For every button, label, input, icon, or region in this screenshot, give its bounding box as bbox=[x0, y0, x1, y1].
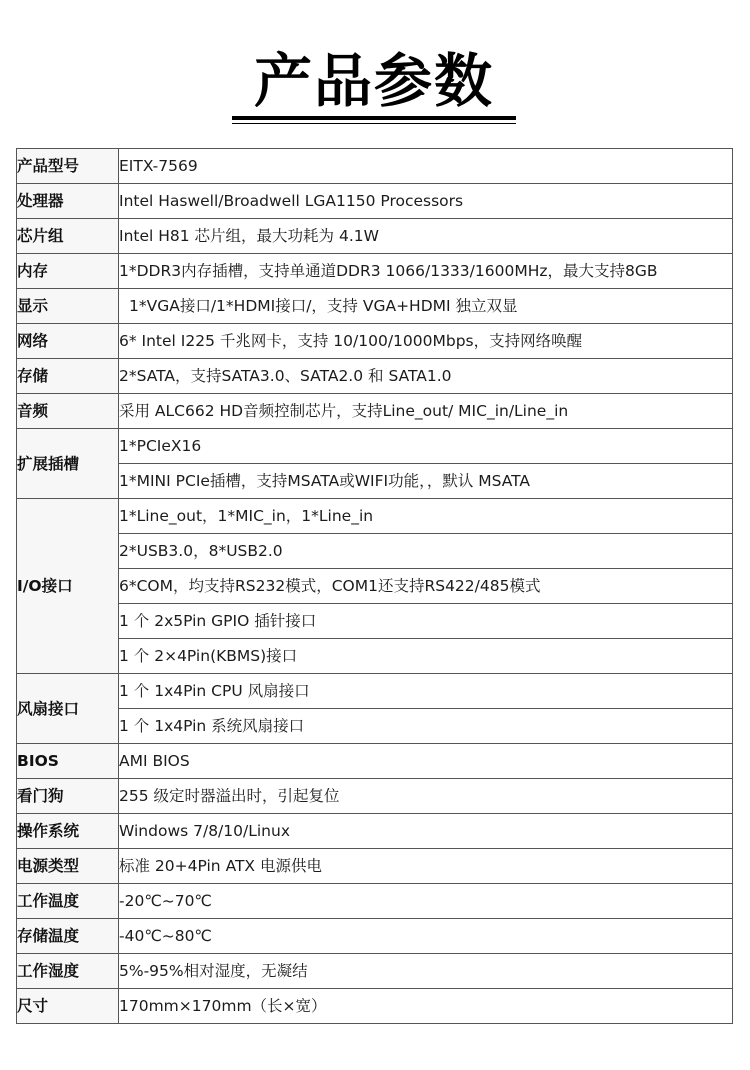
spec-label: 存储 bbox=[17, 359, 119, 394]
spec-row-power: 电源类型 标准 20+4Pin ATX 电源供电 bbox=[17, 849, 733, 884]
spec-value: Intel Haswell/Broadwell LGA1150 Processo… bbox=[119, 184, 733, 219]
spec-label: 芯片组 bbox=[17, 219, 119, 254]
spec-value: 1*Line_out，1*MIC_in，1*Line_in bbox=[119, 499, 733, 534]
spec-row-fan: 风扇接口 1 个 1x4Pin CPU 风扇接口 bbox=[17, 674, 733, 709]
page-title: 产品参数 bbox=[232, 48, 516, 114]
spec-label: 内存 bbox=[17, 254, 119, 289]
spec-label: 工作湿度 bbox=[17, 954, 119, 989]
spec-row-humidity: 工作湿度 5%-95%相对湿度，无凝结 bbox=[17, 954, 733, 989]
title-underline-thick bbox=[232, 116, 516, 120]
spec-value: 1*VGA接口/1*HDMI接口/，支持 VGA+HDMI 独立双显 bbox=[119, 289, 733, 324]
spec-label: 风扇接口 bbox=[17, 674, 119, 744]
spec-label: 产品型号 bbox=[17, 149, 119, 184]
spec-value: 6* Intel I225 千兆网卡，支持 10/100/1000Mbps，支持… bbox=[119, 324, 733, 359]
spec-label: 看门狗 bbox=[17, 779, 119, 814]
spec-row-network: 网络 6* Intel I225 千兆网卡，支持 10/100/1000Mbps… bbox=[17, 324, 733, 359]
spec-value: 采用 ALC662 HD音频控制芯片，支持Line_out/ MIC_in/Li… bbox=[119, 394, 733, 429]
spec-row-model: 产品型号 EITX-7569 bbox=[17, 149, 733, 184]
spec-label: 扩展插槽 bbox=[17, 429, 119, 499]
spec-label: 操作系统 bbox=[17, 814, 119, 849]
spec-row-os: 操作系统 Windows 7/8/10/Linux bbox=[17, 814, 733, 849]
spec-value: -20℃~70℃ bbox=[119, 884, 733, 919]
spec-row-watchdog: 看门狗 255 级定时器溢出时，引起复位 bbox=[17, 779, 733, 814]
spec-row-chipset: 芯片组 Intel H81 芯片组，最大功耗为 4.1W bbox=[17, 219, 733, 254]
spec-row-fan-2: 1 个 1x4Pin 系统风扇接口 bbox=[17, 709, 733, 744]
spec-label: I/O接口 bbox=[17, 499, 119, 674]
spec-label: 音频 bbox=[17, 394, 119, 429]
title-underline-thin bbox=[232, 123, 516, 124]
spec-row-io-4: 1 个 2x5Pin GPIO 插针接口 bbox=[17, 604, 733, 639]
spec-value: 2*SATA，支持SATA3.0、SATA2.0 和 SATA1.0 bbox=[119, 359, 733, 394]
spec-value: -40℃~80℃ bbox=[119, 919, 733, 954]
spec-value: 标准 20+4Pin ATX 电源供电 bbox=[119, 849, 733, 884]
spec-row-storage-temp: 存储温度 -40℃~80℃ bbox=[17, 919, 733, 954]
spec-row-operating-temp: 工作温度 -20℃~70℃ bbox=[17, 884, 733, 919]
spec-row-processor: 处理器 Intel Haswell/Broadwell LGA1150 Proc… bbox=[17, 184, 733, 219]
spec-value: 1 个 1x4Pin 系统风扇接口 bbox=[119, 709, 733, 744]
spec-value: 1 个 2x5Pin GPIO 插针接口 bbox=[119, 604, 733, 639]
spec-value: 170mm×170mm（长×宽） bbox=[119, 989, 733, 1024]
spec-row-io: I/O接口 1*Line_out，1*MIC_in，1*Line_in bbox=[17, 499, 733, 534]
spec-table: 产品型号 EITX-7569 处理器 Intel Haswell/Broadwe… bbox=[16, 148, 733, 1024]
spec-value: AMI BIOS bbox=[119, 744, 733, 779]
spec-label: 显示 bbox=[17, 289, 119, 324]
spec-value: 1 个 2×4Pin(KBMS)接口 bbox=[119, 639, 733, 674]
page-title-block: 产品参数 bbox=[232, 48, 516, 120]
spec-row-io-3: 6*COM，均支持RS232模式，COM1还支持RS422/485模式 bbox=[17, 569, 733, 604]
spec-label: BIOS bbox=[17, 744, 119, 779]
spec-label: 网络 bbox=[17, 324, 119, 359]
spec-value: 1*PCIeX16 bbox=[119, 429, 733, 464]
spec-value: EITX-7569 bbox=[119, 149, 733, 184]
spec-label: 电源类型 bbox=[17, 849, 119, 884]
spec-row-expansion-2: 1*MINI PCIe插槽，支持MSATA或WIFI功能，，默认 MSATA bbox=[17, 464, 733, 499]
spec-row-storage: 存储 2*SATA，支持SATA3.0、SATA2.0 和 SATA1.0 bbox=[17, 359, 733, 394]
spec-row-memory: 内存 1*DDR3内存插槽，支持单通道DDR3 1066/1333/1600MH… bbox=[17, 254, 733, 289]
spec-value: 5%-95%相对湿度，无凝结 bbox=[119, 954, 733, 989]
spec-row-expansion: 扩展插槽 1*PCIeX16 bbox=[17, 429, 733, 464]
spec-label: 存储温度 bbox=[17, 919, 119, 954]
spec-value: 255 级定时器溢出时，引起复位 bbox=[119, 779, 733, 814]
spec-row-io-5: 1 个 2×4Pin(KBMS)接口 bbox=[17, 639, 733, 674]
spec-row-audio: 音频 采用 ALC662 HD音频控制芯片，支持Line_out/ MIC_in… bbox=[17, 394, 733, 429]
spec-value: 1*DDR3内存插槽，支持单通道DDR3 1066/1333/1600MHz，最… bbox=[119, 254, 733, 289]
spec-value: 6*COM，均支持RS232模式，COM1还支持RS422/485模式 bbox=[119, 569, 733, 604]
spec-value: Intel H81 芯片组，最大功耗为 4.1W bbox=[119, 219, 733, 254]
spec-value: Windows 7/8/10/Linux bbox=[119, 814, 733, 849]
spec-row-bios: BIOS AMI BIOS bbox=[17, 744, 733, 779]
spec-row-dimensions: 尺寸 170mm×170mm（长×宽） bbox=[17, 989, 733, 1024]
spec-row-display: 显示 1*VGA接口/1*HDMI接口/，支持 VGA+HDMI 独立双显 bbox=[17, 289, 733, 324]
spec-value: 1 个 1x4Pin CPU 风扇接口 bbox=[119, 674, 733, 709]
spec-row-io-2: 2*USB3.0，8*USB2.0 bbox=[17, 534, 733, 569]
spec-label: 工作温度 bbox=[17, 884, 119, 919]
spec-value: 2*USB3.0，8*USB2.0 bbox=[119, 534, 733, 569]
spec-label: 处理器 bbox=[17, 184, 119, 219]
spec-label: 尺寸 bbox=[17, 989, 119, 1024]
spec-value: 1*MINI PCIe插槽，支持MSATA或WIFI功能，，默认 MSATA bbox=[119, 464, 733, 499]
